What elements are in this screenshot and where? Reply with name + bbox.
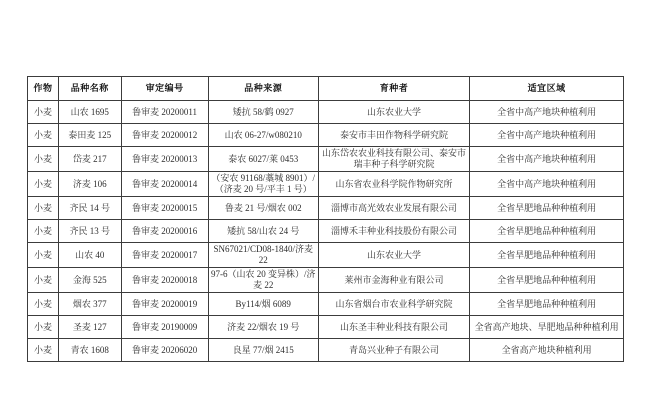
table-row: 小麦 烟农 377 鲁审麦 20200019 By114/烟 6089 山东省烟… xyxy=(28,293,624,316)
cell-breeder: 青岛兴业种子有限公司 xyxy=(318,339,469,362)
cell-variety-source: 矮抗 58/鹤 0927 xyxy=(208,101,318,124)
cell-variety-name: 烟农 377 xyxy=(58,293,121,316)
cell-variety-name: 济麦 106 xyxy=(58,172,121,197)
table-row: 小麦 济麦 106 鲁审麦 20200014 （安农 91168/藁城 8901… xyxy=(28,172,624,197)
column-header-crop: 作物 xyxy=(28,77,59,101)
cell-variety-name: 圣麦 127 xyxy=(58,316,121,339)
cell-breeder: 山东农业大学 xyxy=(318,101,469,124)
cell-approval-code: 鲁审麦 20200012 xyxy=(121,124,208,147)
cell-variety-source: 97-6（山农 20 变异株）/济麦 22 xyxy=(208,268,318,293)
cell-crop: 小麦 xyxy=(28,268,59,293)
header-row: 作物 品种名称 审定编号 品种来源 育种者 适宜区域 xyxy=(28,77,624,101)
wheat-variety-approval-table: 作物 品种名称 审定编号 品种来源 育种者 适宜区域 小麦 山农 1695 鲁审… xyxy=(27,76,624,362)
cell-breeder: 淄博禾丰种业科技股份有限公司 xyxy=(318,220,469,243)
cell-breeder: 山东省农业科学院作物研究所 xyxy=(318,172,469,197)
cell-approval-code: 鲁审麦 20200019 xyxy=(121,293,208,316)
cell-variety-source: 山农 06-27/w080210 xyxy=(208,124,318,147)
table-row: 小麦 圣麦 127 鲁审麦 20190009 济麦 22/烟农 19 号 山东圣… xyxy=(28,316,624,339)
cell-crop: 小麦 xyxy=(28,316,59,339)
cell-crop: 小麦 xyxy=(28,101,59,124)
cell-suitable-region: 全省中高产地块种植利用 xyxy=(470,172,624,197)
cell-breeder: 山东农业大学 xyxy=(318,243,469,268)
cell-crop: 小麦 xyxy=(28,172,59,197)
cell-variety-source: By114/烟 6089 xyxy=(208,293,318,316)
cell-crop: 小麦 xyxy=(28,243,59,268)
cell-variety-source: 鲁麦 21 号/烟农 002 xyxy=(208,197,318,220)
table-row: 小麦 金海 525 鲁审麦 20200018 97-6（山农 20 变异株）/济… xyxy=(28,268,624,293)
cell-suitable-region: 全省旱肥地品种种植利用 xyxy=(470,197,624,220)
cell-breeder: 山东圣丰种业科技有限公司 xyxy=(318,316,469,339)
cell-crop: 小麦 xyxy=(28,339,59,362)
cell-suitable-region: 全省旱肥地品种种植利用 xyxy=(470,220,624,243)
cell-variety-name: 齐民 13 号 xyxy=(58,220,121,243)
cell-variety-source: 矮抗 58/山农 24 号 xyxy=(208,220,318,243)
cell-variety-source: 泰农 6027/莱 0453 xyxy=(208,147,318,172)
cell-suitable-region: 全省中高产地块种植利用 xyxy=(470,147,624,172)
cell-variety-name: 齐民 14 号 xyxy=(58,197,121,220)
cell-suitable-region: 全省高产地块种植利用 xyxy=(470,339,624,362)
cell-suitable-region: 全省旱肥地品种种植利用 xyxy=(470,293,624,316)
cell-breeder: 淄博市高光效农业发展有限公司 xyxy=(318,197,469,220)
cell-crop: 小麦 xyxy=(28,124,59,147)
cell-variety-name: 山农 1695 xyxy=(58,101,121,124)
cell-approval-code: 鲁审麦 20190009 xyxy=(121,316,208,339)
column-header-suitable-region: 适宜区域 xyxy=(470,77,624,101)
cell-variety-source: 良星 77/烟 2415 xyxy=(208,339,318,362)
table-row: 小麦 山农 40 鲁审麦 20200017 SN67021/CD08-1840/… xyxy=(28,243,624,268)
column-header-breeder: 育种者 xyxy=(318,77,469,101)
cell-breeder: 莱州市金海种业有限公司 xyxy=(318,268,469,293)
cell-approval-code: 鲁审麦 20200014 xyxy=(121,172,208,197)
cell-approval-code: 鲁审麦 20200018 xyxy=(121,268,208,293)
column-header-variety-source: 品种来源 xyxy=(208,77,318,101)
cell-crop: 小麦 xyxy=(28,147,59,172)
document-page: 作物 品种名称 审定编号 品种来源 育种者 适宜区域 小麦 山农 1695 鲁审… xyxy=(0,0,650,400)
cell-approval-code: 鲁审麦 20200015 xyxy=(121,197,208,220)
table-row: 小麦 山农 1695 鲁审麦 20200011 矮抗 58/鹤 0927 山东农… xyxy=(28,101,624,124)
cell-crop: 小麦 xyxy=(28,293,59,316)
cell-approval-code: 鲁审麦 20200011 xyxy=(121,101,208,124)
cell-suitable-region: 全省旱肥地品种种植利用 xyxy=(470,243,624,268)
cell-variety-name: 岱麦 217 xyxy=(58,147,121,172)
cell-suitable-region: 全省高产地块、旱肥地品种种植利用 xyxy=(470,316,624,339)
cell-crop: 小麦 xyxy=(28,220,59,243)
table-row: 小麦 泰田麦 125 鲁审麦 20200012 山农 06-27/w080210… xyxy=(28,124,624,147)
cell-suitable-region: 全省中高产地块种植利用 xyxy=(470,101,624,124)
table-row: 小麦 岱麦 217 鲁审麦 20200013 泰农 6027/莱 0453 山东… xyxy=(28,147,624,172)
cell-variety-name: 金海 525 xyxy=(58,268,121,293)
cell-variety-name: 泰田麦 125 xyxy=(58,124,121,147)
cell-breeder: 山东省烟台市农业科学研究院 xyxy=(318,293,469,316)
cell-variety-name: 青农 1608 xyxy=(58,339,121,362)
cell-breeder: 泰安市丰田作物科学研究院 xyxy=(318,124,469,147)
cell-approval-code: 鲁审麦 20206020 xyxy=(121,339,208,362)
cell-variety-source: SN67021/CD08-1840/济麦 22 xyxy=(208,243,318,268)
cell-approval-code: 鲁审麦 20200013 xyxy=(121,147,208,172)
cell-suitable-region: 全省旱肥地品种种植利用 xyxy=(470,268,624,293)
column-header-variety-name: 品种名称 xyxy=(58,77,121,101)
cell-variety-source: （安农 91168/藁城 8901）/（济麦 20 号/平丰 1 号） xyxy=(208,172,318,197)
cell-variety-name: 山农 40 xyxy=(58,243,121,268)
cell-crop: 小麦 xyxy=(28,197,59,220)
cell-approval-code: 鲁审麦 20200016 xyxy=(121,220,208,243)
cell-approval-code: 鲁审麦 20200017 xyxy=(121,243,208,268)
cell-variety-source: 济麦 22/烟农 19 号 xyxy=(208,316,318,339)
table-row: 小麦 青农 1608 鲁审麦 20206020 良星 77/烟 2415 青岛兴… xyxy=(28,339,624,362)
table-row: 小麦 齐民 13 号 鲁审麦 20200016 矮抗 58/山农 24 号 淄博… xyxy=(28,220,624,243)
cell-breeder: 山东岱农农业科技有限公司、泰安市瑞丰种子科学研究院 xyxy=(318,147,469,172)
column-header-approval-code: 审定编号 xyxy=(121,77,208,101)
cell-suitable-region: 全省中高产地块种植利用 xyxy=(470,124,624,147)
table-row: 小麦 齐民 14 号 鲁审麦 20200015 鲁麦 21 号/烟农 002 淄… xyxy=(28,197,624,220)
